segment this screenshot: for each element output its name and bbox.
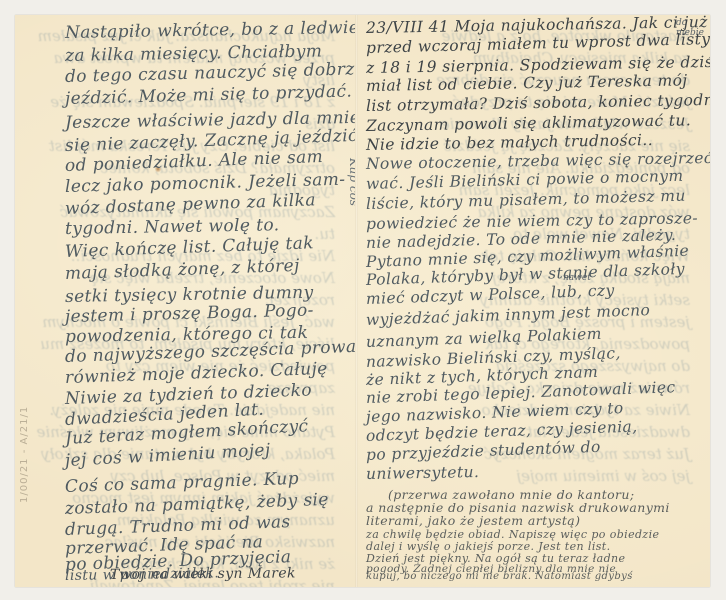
left-page: Moja najukochańsza. Jak ci już pisałem p…	[15, 15, 355, 587]
margin-note: Kup coś	[347, 158, 355, 206]
signature: Twój na wieki syn Marek	[110, 565, 296, 583]
right-page: Nastąpiło wkrótce, bo z a ledwie za kilk…	[358, 15, 710, 587]
text-line: uniwersytetu.	[366, 463, 480, 483]
parenthetical-line: literami, jako że jestem artystą)	[366, 513, 580, 528]
right-page-text: 23/VIII 41 Moja najukochańsza. Jak ci ju…	[358, 15, 710, 587]
scanned-letter: Moja najukochańsza. Jak ci już pisałem p…	[0, 0, 726, 600]
letter-sheet: Moja najukochańsza. Jak ci już pisałem p…	[15, 15, 710, 587]
left-page-text: Nastąpiło wkrótce, bo z a ledwie za kilk…	[15, 15, 355, 587]
text-line: Nastąpiło wkrótce, bo z a ledwie	[65, 18, 355, 43]
closing-line: kupuj, bo niczego mi nie brak. Natomiast…	[366, 571, 633, 582]
